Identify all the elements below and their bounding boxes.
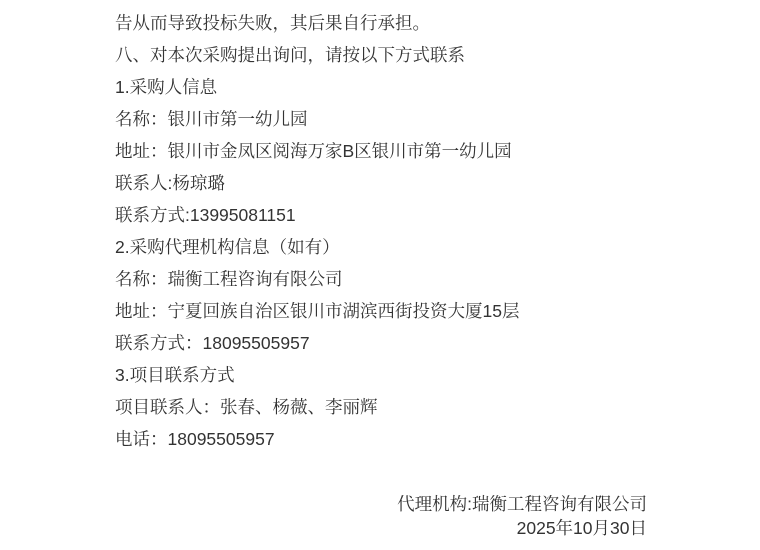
signature-block: 代理机构:瑞衡工程咨询有限公司 2025年10月30日 [115, 493, 647, 540]
doc-line-project-contacts: 项目联系人：张春、杨薇、李丽辉 [115, 391, 647, 423]
doc-heading-purchaser-info: 1.采购人信息 [115, 71, 647, 103]
doc-line-purchaser-phone: 联系方式:13995081151 [115, 199, 647, 231]
doc-line-agency-address: 地址：宁夏回族自治区银川市湖滨西街投资大厦15层 [115, 295, 647, 327]
doc-line-purchaser-address: 地址：银川市金凤区阅海万家B区银川市第一幼儿园 [115, 135, 647, 167]
doc-line-purchaser-contact: 联系人:杨琼璐 [115, 167, 647, 199]
signature-agency: 代理机构:瑞衡工程咨询有限公司 [115, 493, 647, 517]
doc-line-carryover: 告从而导致投标失败，其后果自行承担。 [115, 7, 647, 39]
doc-line-purchaser-name: 名称：银川市第一幼儿园 [115, 103, 647, 135]
doc-line-agency-phone: 联系方式：18095505957 [115, 327, 647, 359]
doc-heading-project-contact: 3.项目联系方式 [115, 359, 647, 391]
document-body: 告从而导致投标失败，其后果自行承担。 八、对本次采购提出询问，请按以下方式联系 … [0, 0, 760, 550]
doc-heading-section-8: 八、对本次采购提出询问，请按以下方式联系 [115, 39, 647, 71]
doc-heading-agency-info: 2.采购代理机构信息（如有） [115, 231, 647, 263]
doc-line-project-phone: 电话：18095505957 [115, 423, 647, 455]
signature-date: 2025年10月30日 [115, 517, 647, 541]
doc-line-agency-name: 名称：瑞衡工程咨询有限公司 [115, 263, 647, 295]
document-page: { "page": { "background_color": "#ffffff… [0, 0, 760, 550]
